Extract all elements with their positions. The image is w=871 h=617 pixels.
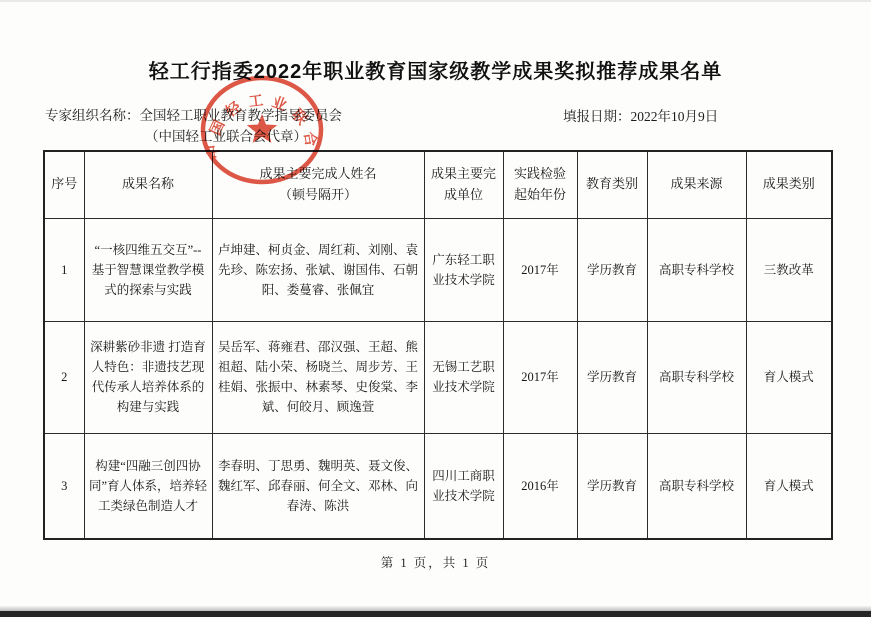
- cell-edu: 学历教育: [577, 433, 647, 539]
- table-row: 3 构建“四融三创四协同”育人体系，培养轻工类绿色制造人才 李春明、丁思勇、魏明…: [44, 433, 832, 539]
- cell-achievement-name: “一核四维五交互”--基于智慧课堂教学模式的探索与实践: [84, 218, 212, 321]
- col-header-authors-line1: 成果主要完成人姓名: [259, 166, 376, 181]
- col-header-name: 成果名称: [84, 151, 212, 218]
- cell-edu: 学历教育: [577, 321, 647, 433]
- col-header-no: 序号: [44, 151, 84, 218]
- cell-year: 2016年: [503, 433, 577, 539]
- cell-unit: 广东轻工职业技术学院: [424, 218, 503, 321]
- col-header-source: 成果来源: [647, 151, 746, 218]
- scan-edge-bottom: [0, 611, 871, 617]
- cell-source: 高职专科学校: [647, 433, 746, 539]
- cell-source: 高职专科学校: [647, 218, 746, 321]
- cell-achievement-name: 构建“四融三创四协同”育人体系，培养轻工类绿色制造人才: [84, 433, 212, 539]
- table-header-row: 序号 成果名称 成果主要完成人姓名 （顿号隔开） 成果主要完成单位 实践检验起始…: [44, 151, 832, 218]
- cell-authors: 卢坤建、柯贞金、周红莉、刘刚、袁先珍、陈宏扬、张斌、谢国伟、石朝阳、娄蔓睿、张佩…: [212, 218, 424, 321]
- col-header-year: 实践检验起始年份: [503, 151, 577, 218]
- cell-category: 育人模式: [746, 433, 832, 539]
- expert-org-label: 专家组织名称：: [45, 108, 140, 123]
- document-title: 轻工行指委2022年职业教育国家级教学成果奖拟推荐成果名单: [0, 55, 871, 84]
- cell-unit: 无锡工艺职业技术学院: [424, 321, 503, 433]
- scanned-document-page: 轻工行指委2022年职业教育国家级教学成果奖拟推荐成果名单 专家组织名称：全国轻…: [0, 0, 871, 617]
- fill-date-label: 填报日期：: [563, 109, 631, 124]
- cell-edu: 学历教育: [577, 218, 647, 321]
- expert-org-note: （中国轻工业联合会代章）: [45, 126, 342, 147]
- cell-no: 2: [44, 321, 84, 433]
- col-header-unit: 成果主要完成单位: [424, 151, 503, 218]
- col-header-authors: 成果主要完成人姓名 （顿号隔开）: [212, 151, 424, 218]
- fill-date-block: 填报日期：2022年10月9日: [563, 105, 718, 125]
- fill-date-value: 2022年10月9日: [631, 109, 719, 124]
- cell-year: 2017年: [503, 321, 577, 433]
- page-number-footer: 第 1 页，共 1 页: [0, 553, 871, 571]
- cell-source: 高职专科学校: [647, 321, 746, 433]
- cell-category: 育人模式: [746, 321, 832, 433]
- results-table: 序号 成果名称 成果主要完成人姓名 （顿号隔开） 成果主要完成单位 实践检验起始…: [43, 150, 833, 540]
- cell-no: 1: [44, 218, 84, 321]
- table-row: 2 深耕紫砂非遗 打造育人特色：非遗技艺现代传承人培养体系的构建与实践 吴岳军、…: [44, 321, 832, 433]
- cell-unit: 四川工商职业技术学院: [424, 433, 503, 539]
- col-header-edu: 教育类别: [577, 151, 647, 218]
- scan-edge-top: [0, 0, 871, 2]
- cell-year: 2017年: [503, 218, 577, 321]
- expert-org-line: 专家组织名称：全国轻工职业教育教学指导委员会: [45, 105, 342, 126]
- cell-category: 三教改革: [746, 218, 832, 321]
- col-header-category: 成果类别: [746, 151, 832, 218]
- expert-org-block: 专家组织名称：全国轻工职业教育教学指导委员会 （中国轻工业联合会代章）: [45, 105, 342, 147]
- table-row: 1 “一核四维五交互”--基于智慧课堂教学模式的探索与实践 卢坤建、柯贞金、周红…: [44, 218, 832, 321]
- col-header-authors-line2: （顿号隔开）: [279, 187, 357, 202]
- expert-org-name: 全国轻工职业教育教学指导委员会: [140, 108, 343, 123]
- cell-authors: 李春明、丁思勇、魏明英、聂文俊、魏红军、邱春丽、何全文、邓林、向春涛、陈洪: [212, 433, 424, 539]
- cell-no: 3: [44, 433, 84, 539]
- col-header-year-text: 实践检验起始年份: [511, 164, 569, 206]
- cell-authors: 吴岳军、蒋雍君、邵汉强、王超、熊祖超、陆小荣、杨晓兰、周步芳、王桂娟、张振中、林…: [212, 321, 424, 433]
- cell-achievement-name: 深耕紫砂非遗 打造育人特色：非遗技艺现代传承人培养体系的构建与实践: [84, 321, 212, 433]
